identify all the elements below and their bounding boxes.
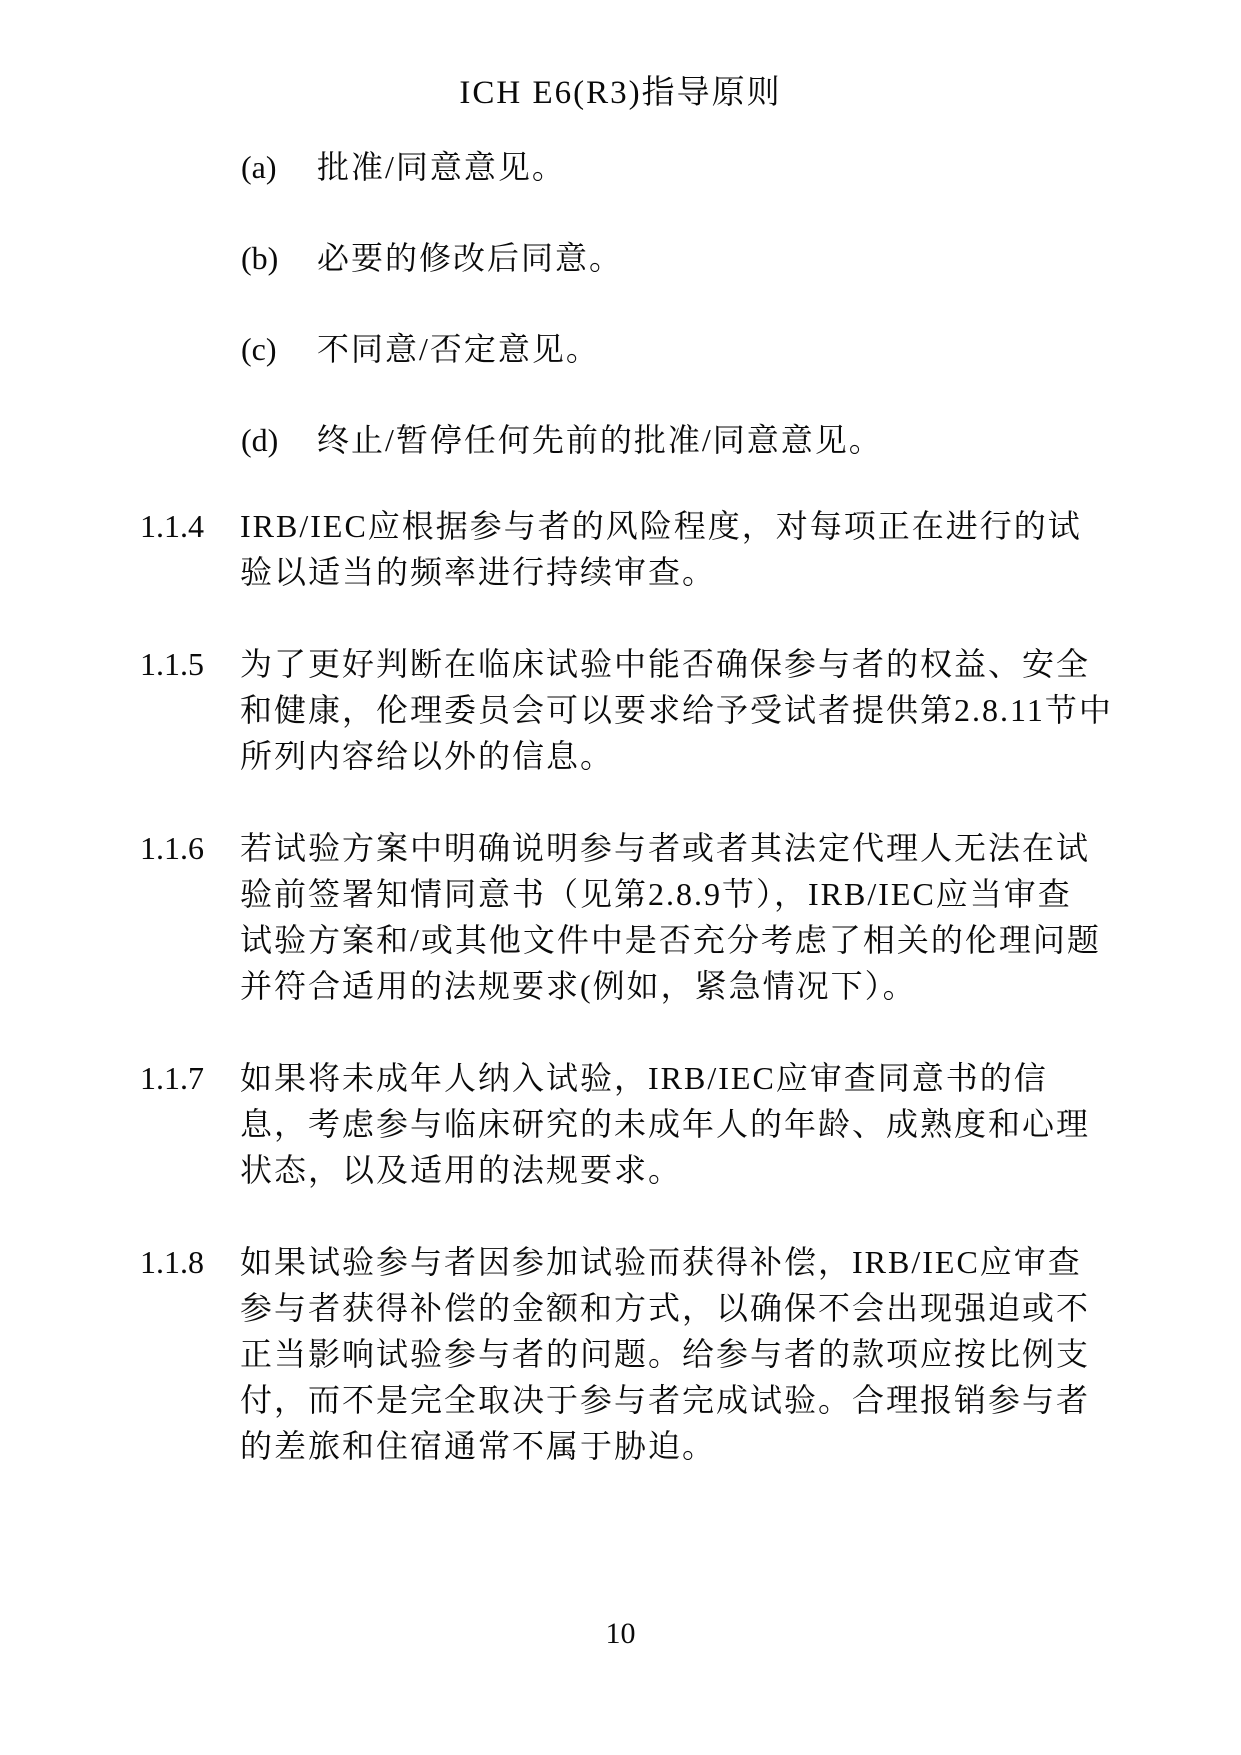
section-number: 1.1.8 (140, 1239, 240, 1469)
section-1-1-5: 1.1.5 为了更好判断在临床试验中能否确保参与者的权益、安全 和健康，伦理委员… (140, 641, 1241, 779)
list-item-text: 不同意/否定意见。 (317, 326, 600, 372)
list-item-label: (b) (241, 235, 317, 281)
list-item: (a) 批准/同意意见。 (241, 144, 1241, 190)
section-text: IRB/IEC应根据参与者的风险程度，对每项正在进行的试 验以适当的频率进行持续… (240, 503, 1125, 595)
section-1-1-8: 1.1.8 如果试验参与者因参加试验而获得补偿，IRB/IEC应审查 参与者获得… (140, 1239, 1241, 1469)
list-item: (d) 终止/暂停任何先前的批准/同意意见。 (241, 417, 1241, 463)
list-item-text: 批准/同意意见。 (317, 144, 566, 190)
section-1-1-6: 1.1.6 若试验方案中明确说明参与者或者其法定代理人无法在试 验前签署知情同意… (140, 825, 1241, 1009)
document-page: ICH E6(R3)指导原则 (a) 批准/同意意见。 (b) 必要的修改后同意… (0, 0, 1241, 1755)
page-title: ICH E6(R3)指导原则 (0, 70, 1241, 116)
section-text: 为了更好判断在临床试验中能否确保参与者的权益、安全 和健康，伦理委员会可以要求给… (240, 641, 1125, 779)
section-number: 1.1.5 (140, 641, 240, 779)
list-item: (b) 必要的修改后同意。 (241, 235, 1241, 281)
list-item-label: (a) (241, 144, 317, 190)
section-number: 1.1.4 (140, 503, 240, 595)
page-number: 10 (0, 1616, 1241, 1652)
section-1-1-7: 1.1.7 如果将未成年人纳入试验，IRB/IEC应审查同意书的信 息，考虑参与… (140, 1055, 1241, 1193)
section-text: 若试验方案中明确说明参与者或者其法定代理人无法在试 验前签署知情同意书（见第2.… (240, 825, 1125, 1009)
list-item-text: 必要的修改后同意。 (317, 235, 623, 281)
list-item-text: 终止/暂停任何先前的批准/同意意见。 (317, 417, 883, 463)
list-item: (c) 不同意/否定意见。 (241, 326, 1241, 372)
section-text: 如果试验参与者因参加试验而获得补偿，IRB/IEC应审查 参与者获得补偿的金额和… (240, 1239, 1125, 1469)
section-number: 1.1.6 (140, 825, 240, 1009)
list-item-label: (d) (241, 417, 317, 463)
section-text: 如果将未成年人纳入试验，IRB/IEC应审查同意书的信 息，考虑参与临床研究的未… (240, 1055, 1125, 1193)
list-item-label: (c) (241, 326, 317, 372)
section-1-1-4: 1.1.4 IRB/IEC应根据参与者的风险程度，对每项正在进行的试 验以适当的… (140, 503, 1241, 595)
section-number: 1.1.7 (140, 1055, 240, 1193)
